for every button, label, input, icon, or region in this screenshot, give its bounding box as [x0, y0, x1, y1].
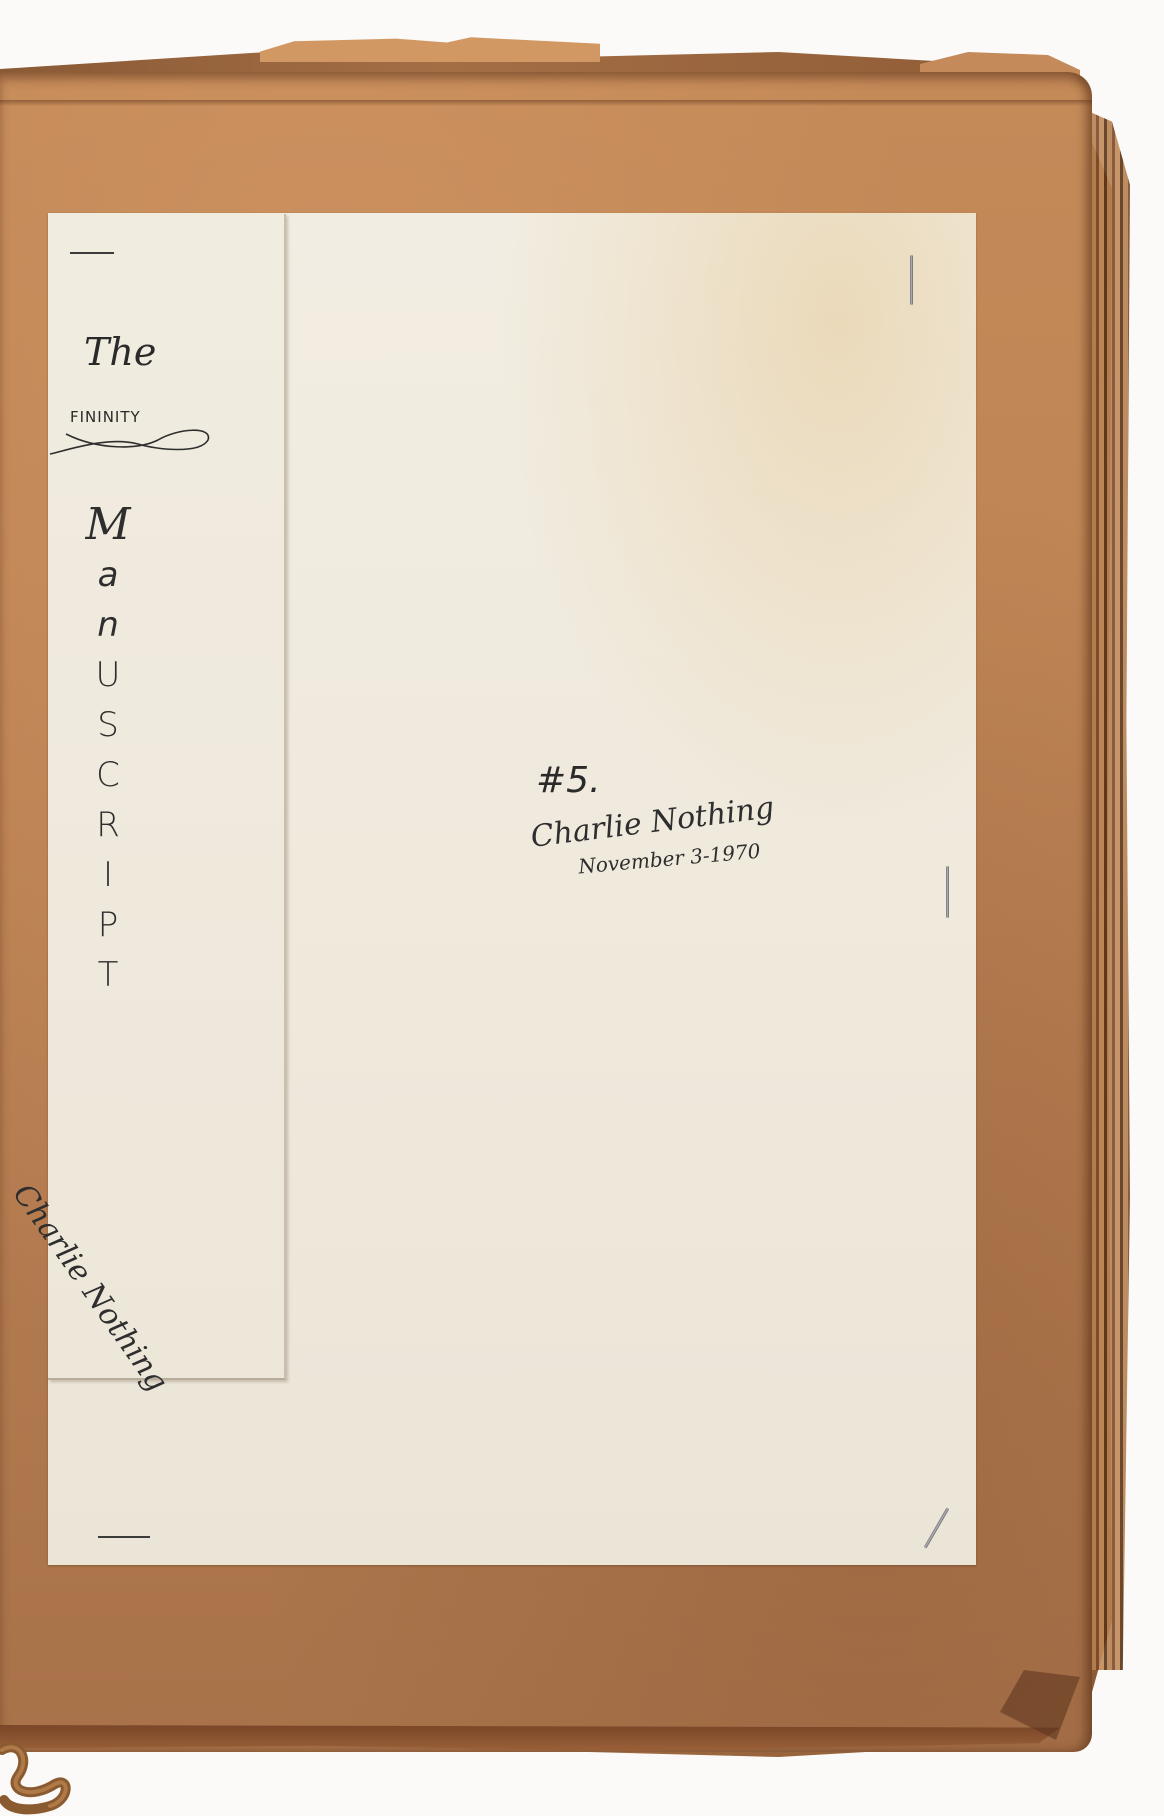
center-note: #5. Charlie Nothing November 3-1970: [530, 760, 775, 870]
strip-title-manuscript: M a n U S C R I P T: [68, 500, 148, 1000]
kraft-fold-line: [0, 100, 1092, 106]
tick-mark: [70, 252, 114, 254]
title-letter: a: [68, 550, 148, 600]
title-letter: R: [68, 800, 148, 850]
staple-icon: [910, 255, 913, 305]
staple-icon: [946, 866, 949, 918]
title-letter: T: [68, 950, 148, 1000]
title-letter: n: [68, 600, 148, 650]
title-letter: M: [68, 500, 148, 550]
title-letter: S: [68, 700, 148, 750]
binding-cord-icon: [0, 1740, 75, 1816]
tick-mark: [98, 1536, 150, 1538]
title-letter: U: [68, 650, 148, 700]
title-letter: C: [68, 750, 148, 800]
manuscript-number: #5.: [536, 760, 601, 801]
torn-top-edge: [260, 36, 600, 62]
strip-title-the: The: [84, 330, 156, 374]
title-letter: I: [68, 850, 148, 900]
infinity-loop-icon: [48, 420, 218, 460]
title-letter: P: [68, 900, 148, 950]
